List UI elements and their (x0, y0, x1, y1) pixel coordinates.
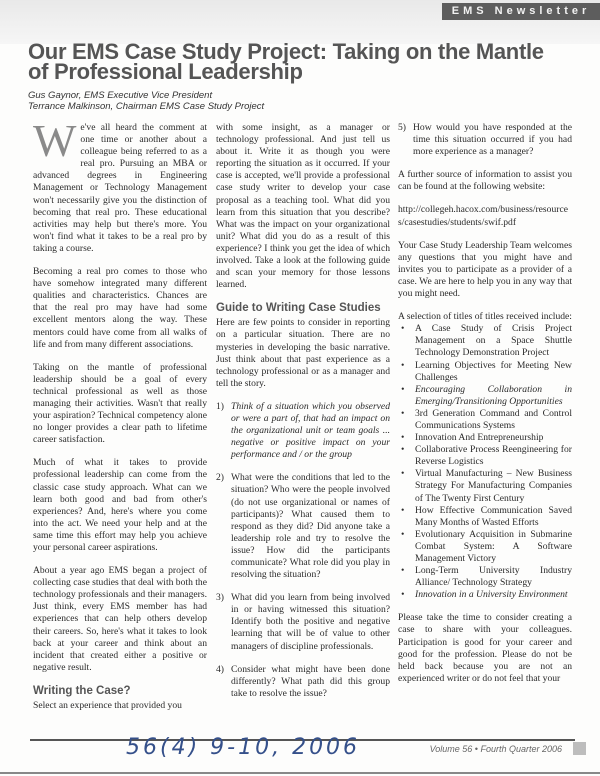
column-3: 5) How would you have responded at the t… (398, 122, 572, 696)
paragraph: Your Case Study Leadership Team welcomes… (398, 240, 572, 300)
list-item: Innovation And Entrepreneurship (398, 432, 572, 444)
list-item: A Case Study of Crisis Project Managemen… (398, 323, 572, 359)
list-item: Long-Term University Industry Alliance/ … (398, 565, 572, 589)
author-1: Gus Gaynor, EMS Executive Vice President (28, 90, 264, 101)
list-item: Evolutionary Acquisition in Submarine Co… (398, 529, 572, 565)
handwritten-annotation: 56(4) 9-10, 2006 (126, 735, 360, 760)
issue-info: Volume 56 • Fourth Quarter 2006 (430, 744, 562, 754)
page-marker-icon (573, 742, 586, 755)
list-item: Innovation in a University Environment (398, 589, 572, 601)
guide-item: 2) What were the conditions that led to … (216, 472, 390, 581)
newsletter-banner: EMS Newsletter (442, 3, 600, 20)
guide-item: 3) What did you learn from being involve… (216, 592, 390, 652)
paragraph: Becoming a real pro comes to those who h… (33, 266, 207, 351)
paragraph: Select an experience that provided you (33, 700, 207, 712)
author-2: Terrance Malkinson, Chairman EMS Case St… (28, 101, 264, 112)
list-item: Encouraging Collaboration in Emerging/Tr… (398, 384, 572, 408)
list-item: Learning Objectives for Meeting New Chal… (398, 360, 572, 384)
paragraph: We've all heard the comment at one time … (33, 122, 207, 255)
case-titles-list: A Case Study of Crisis Project Managemen… (398, 323, 572, 601)
section-heading: Guide to Writing Case Studies (216, 302, 390, 315)
guide-item: 5) How would you have responded at the t… (398, 122, 572, 158)
paragraph: About a year ago EMS began a project of … (33, 565, 207, 674)
article-title: Our EMS Case Study Project: Taking on th… (28, 42, 568, 82)
drop-cap: W (33, 122, 76, 160)
paragraph: Much of what it takes to provide profess… (33, 457, 207, 554)
list-item: 3rd Generation Command and Control Commu… (398, 408, 572, 432)
authors: Gus Gaynor, EMS Executive Vice President… (28, 90, 264, 112)
paragraph: A further source of information to assis… (398, 169, 572, 193)
paragraph: Please take the time to consider creatin… (398, 612, 572, 685)
guide-item: 4) Consider what might have been done di… (216, 664, 390, 700)
paragraph: A selection of titles of titles received… (398, 311, 572, 323)
paragraph: Taking on the mantle of professional lea… (33, 362, 207, 447)
list-item: Virtual Manufacturing – New Business Str… (398, 468, 572, 504)
column-2: with some insight, as a manager or techn… (216, 122, 390, 711)
scan-edge (0, 772, 600, 774)
paragraph: with some insight, as a manager or techn… (216, 122, 390, 291)
list-item: Collaborative Process Reengineering for … (398, 444, 572, 468)
list-item: How Effective Communication Saved Many M… (398, 505, 572, 529)
section-heading: Writing the Case? (33, 685, 207, 698)
guide-item: 1) Think of a situation which you observ… (216, 401, 390, 461)
column-1: We've all heard the comment at one time … (33, 122, 207, 723)
paragraph: Here are few points to consider in repor… (216, 317, 390, 390)
website-link[interactable]: http://collegeh.hacox.com/business/resou… (398, 204, 572, 228)
